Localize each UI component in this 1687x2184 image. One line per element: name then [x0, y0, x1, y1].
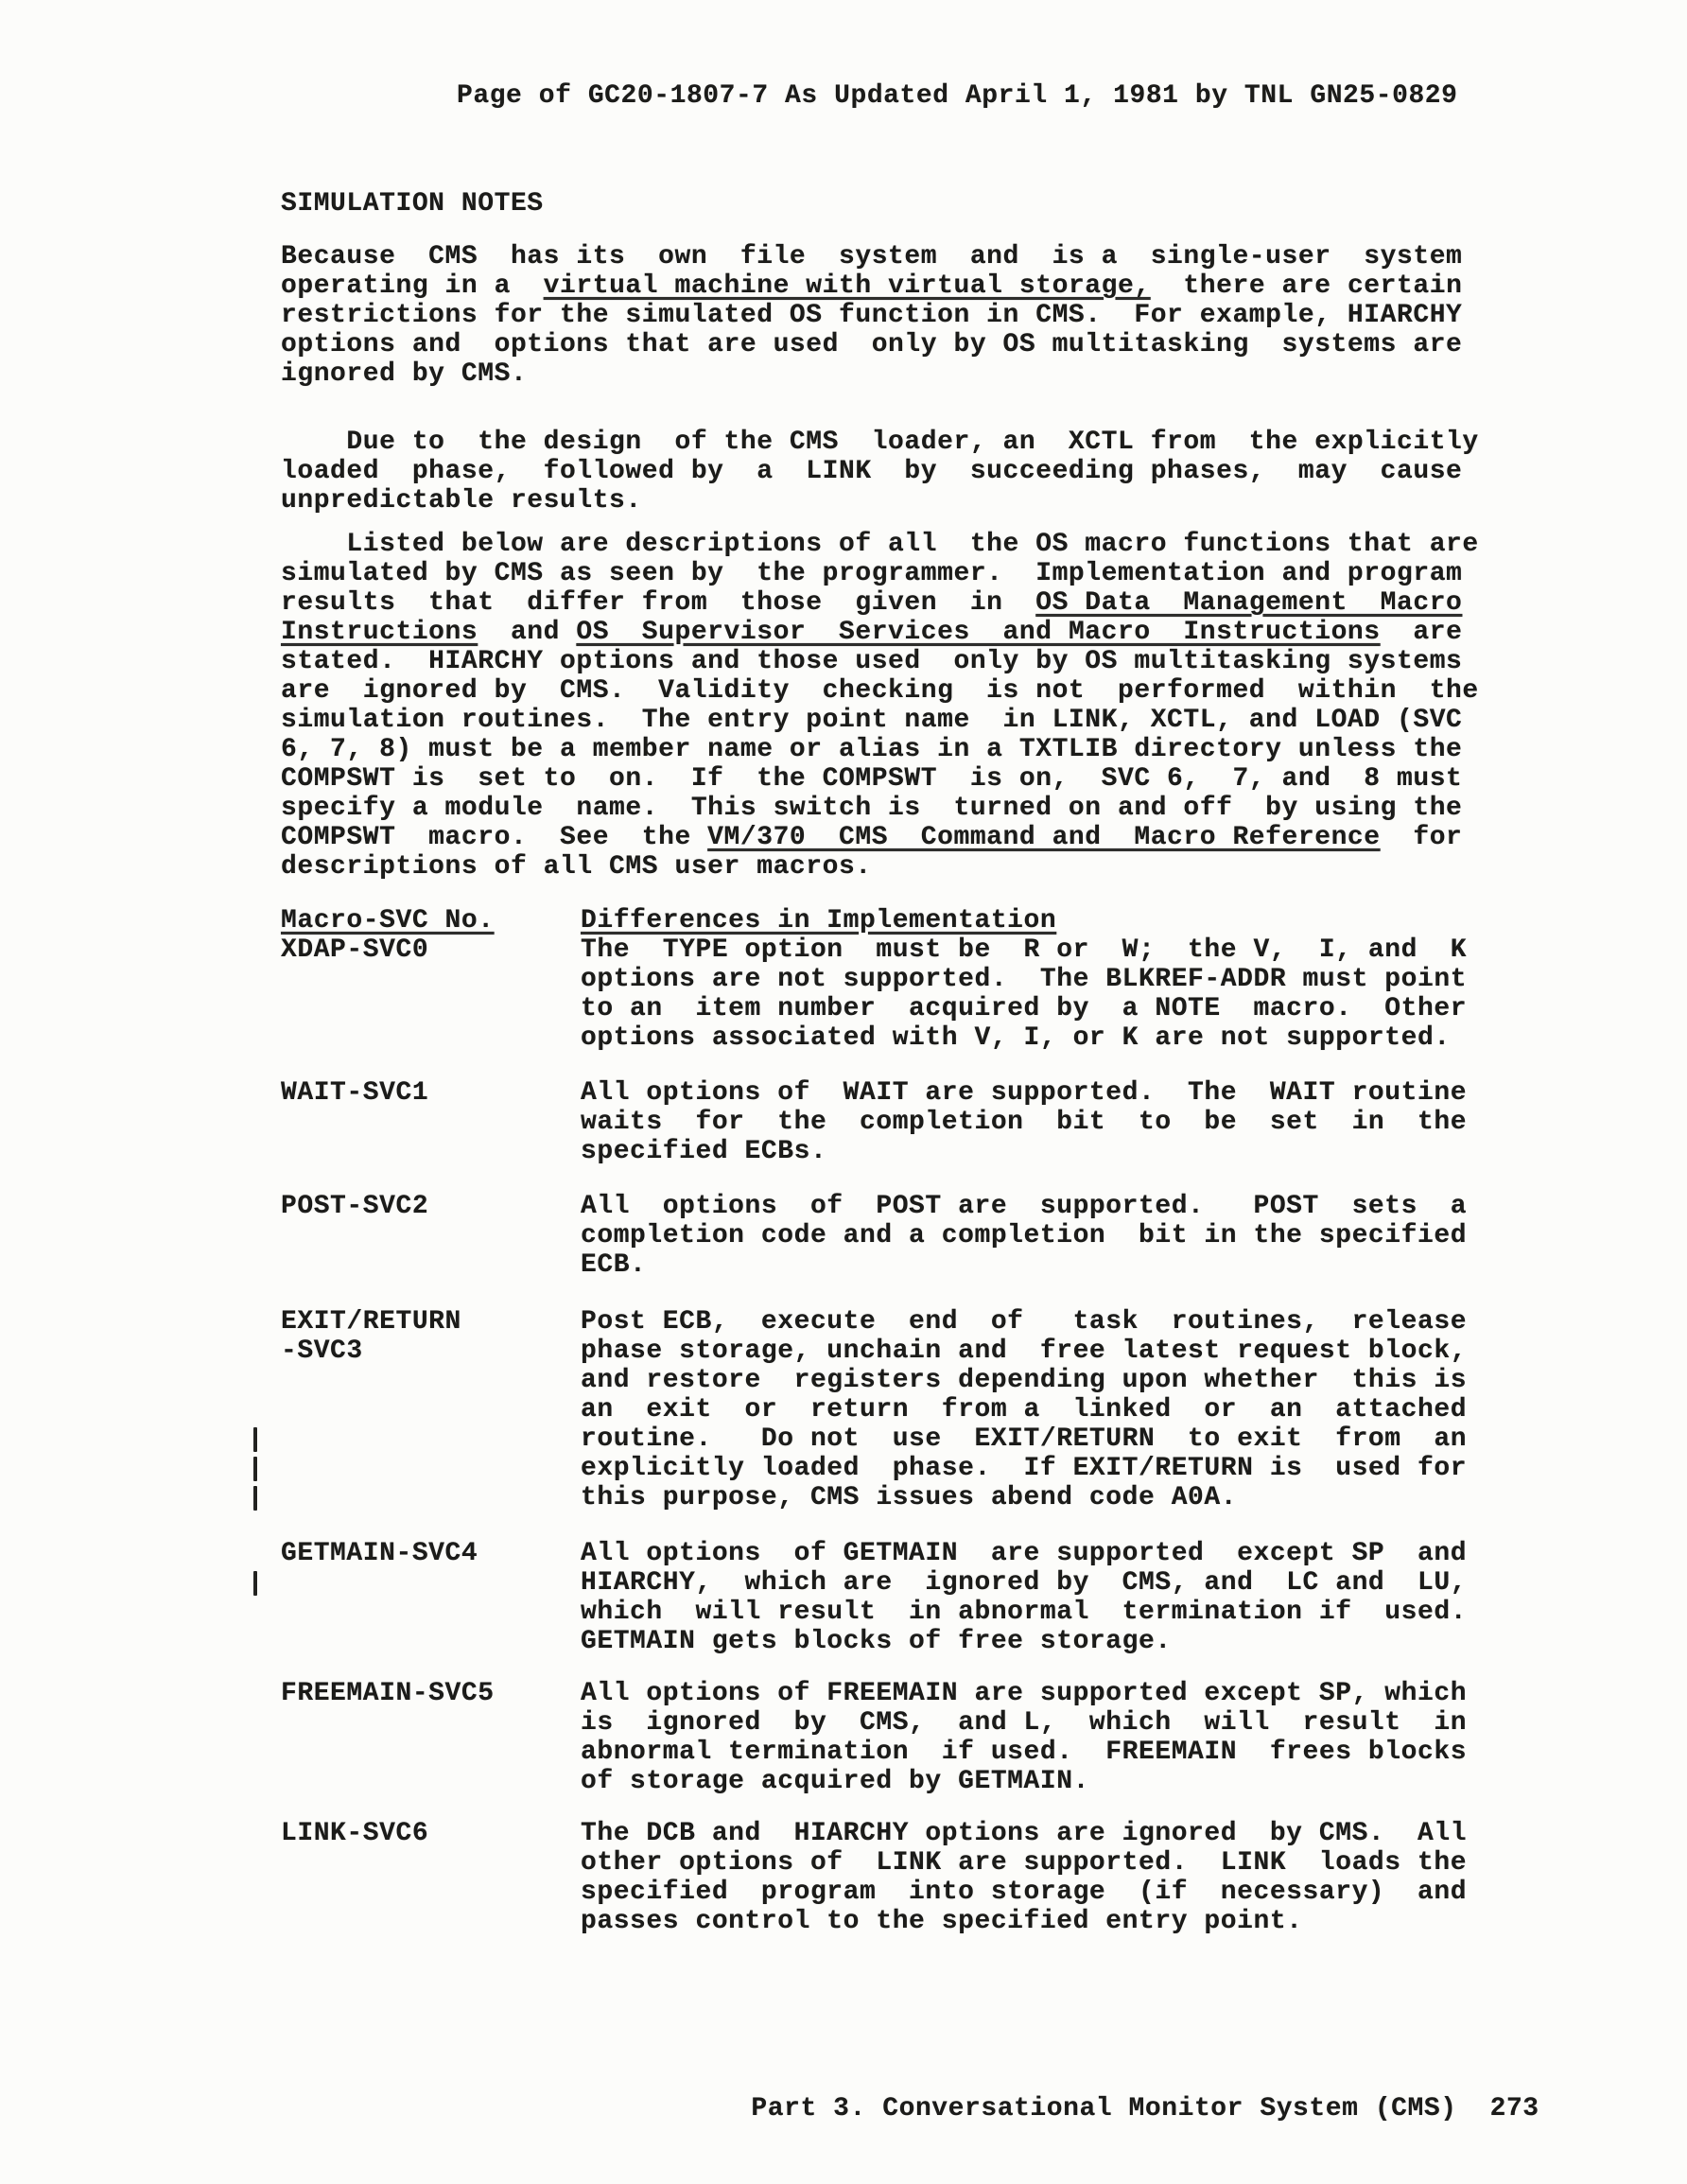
change-bar: [253, 1457, 257, 1481]
macro-label: XDAP-SVC0: [281, 935, 428, 965]
macro-label: EXIT/RETURN-SVC3: [281, 1307, 461, 1366]
macro-label: GETMAIN-SVC4: [281, 1539, 478, 1568]
page-footer: Part 3. Conversational Monitor System (C…: [686, 2065, 1539, 2094]
paragraph-simulation-intro: Because CMS has its own file system and …: [281, 242, 1462, 389]
macro-description: All options of FREEMAIN are supported ex…: [581, 1679, 1467, 1796]
page-number: 273: [1490, 2094, 1539, 2123]
scanned-manual-page: Page of GC20-1807-7 As Updated April 1, …: [0, 0, 1687, 2184]
table-header-differences: Differences in Implementation: [581, 906, 1056, 935]
change-bar: [253, 1571, 257, 1596]
paragraph-macro-descriptions: Listed below are descriptions of all the…: [281, 530, 1479, 882]
macro-description: All options of POST are supported. POST …: [581, 1192, 1467, 1280]
macro-label: FREEMAIN-SVC5: [281, 1679, 495, 1708]
change-bar: [253, 1486, 257, 1511]
page-header: Page of GC20-1807-7 As Updated April 1, …: [457, 81, 1458, 111]
macro-label: POST-SVC2: [281, 1192, 428, 1221]
paragraph-loader-xctl: Due to the design of the CMS loader, an …: [281, 428, 1479, 515]
change-bar: [253, 1427, 257, 1452]
table-header-macro-svc: Macro-SVC No.: [281, 906, 495, 935]
macro-label: WAIT-SVC1: [281, 1078, 428, 1108]
macro-description: The DCB and HIARCHY options are ignored …: [581, 1819, 1467, 1936]
macro-description: Post ECB, execute end of task routines, …: [581, 1307, 1467, 1512]
footer-text: Part 3. Conversational Monitor System (C…: [751, 2094, 1456, 2123]
macro-description: All options of WAIT are supported. The W…: [581, 1078, 1467, 1166]
macro-label: LINK-SVC6: [281, 1819, 428, 1848]
macro-description: The TYPE option must be R or W; the V, I…: [581, 935, 1467, 1053]
macro-description: All options of GETMAIN are supported exc…: [581, 1539, 1467, 1656]
section-title: SIMULATION NOTES: [281, 189, 544, 218]
